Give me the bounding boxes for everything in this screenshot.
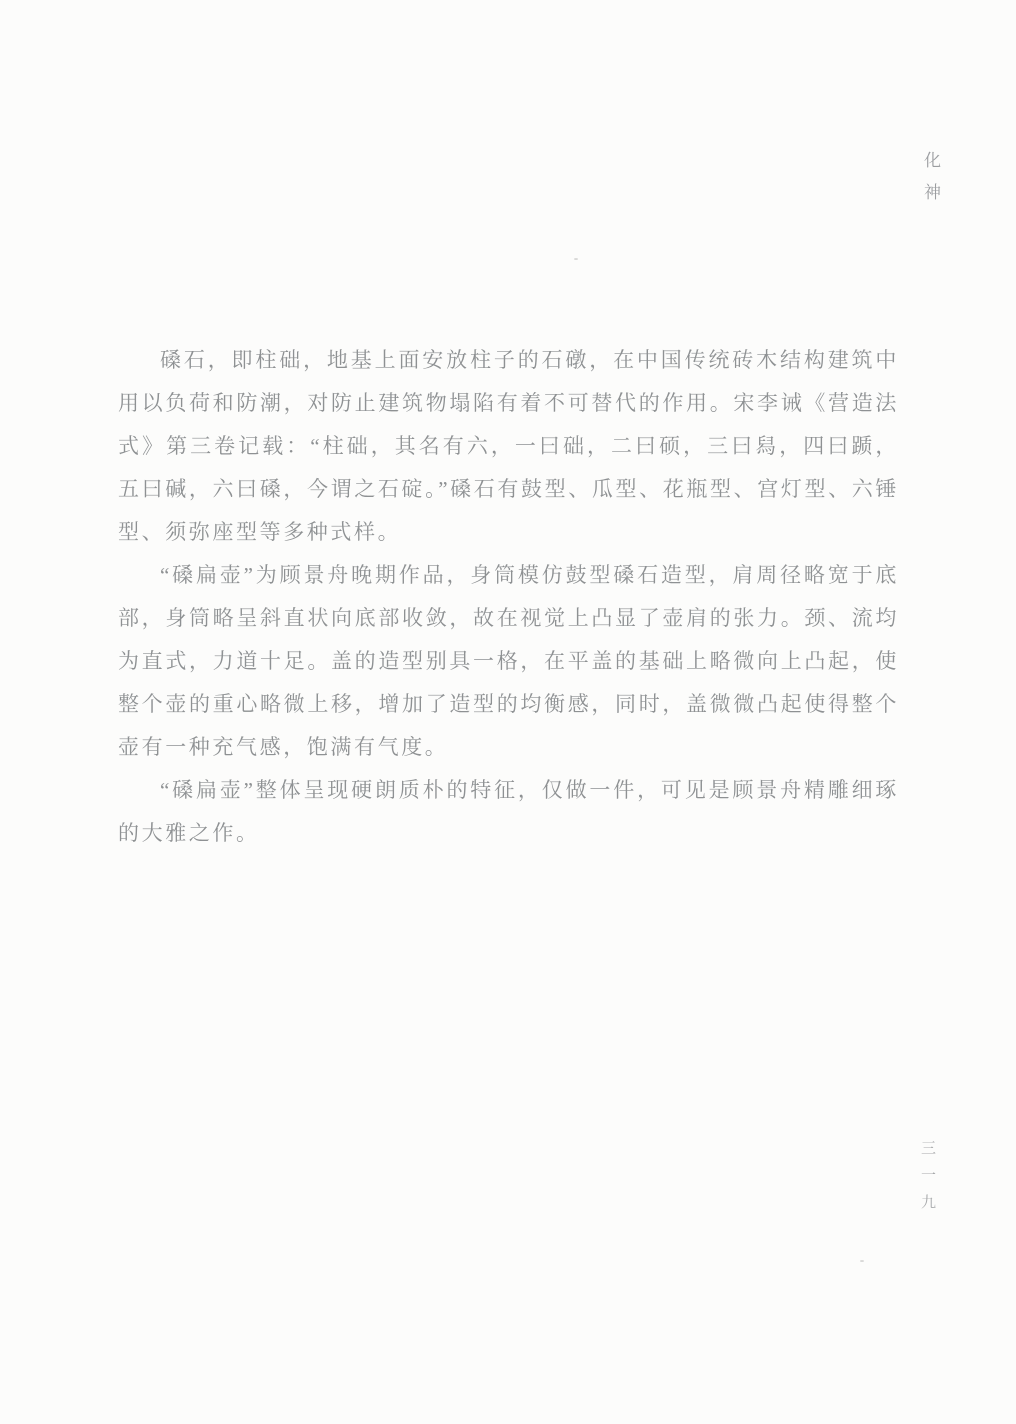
- scan-speck: [574, 258, 578, 260]
- page-number-vertical: 三一九: [917, 1140, 938, 1221]
- scan-speck: [860, 1260, 864, 1262]
- paragraph-sangshi-intro: 磉石，即柱础，地基上面安放柱子的石礅，在中国传统砖木结构建筑中用以负荷和防潮，对…: [118, 339, 899, 554]
- running-header-vertical: 化神: [918, 151, 943, 215]
- book-page: 化神 磉石，即柱础，地基上面安放柱子的石礅，在中国传统砖木结构建筑中用以负荷和防…: [0, 0, 1016, 1424]
- paragraph-sangbianhu-description: “磉扁壶”为顾景舟晚期作品，身筒模仿鼓型磉石造型，肩周径略宽于底部，身筒略呈斜直…: [118, 554, 899, 769]
- body-text-block: 磉石，即柱础，地基上面安放柱子的石礅，在中国传统砖木结构建筑中用以负荷和防潮，对…: [118, 339, 899, 855]
- paragraph-sangbianhu-conclusion: “磉扁壶”整体呈现硬朗质朴的特征，仅做一件，可见是顾景舟精雕细琢的大雅之作。: [118, 769, 899, 855]
